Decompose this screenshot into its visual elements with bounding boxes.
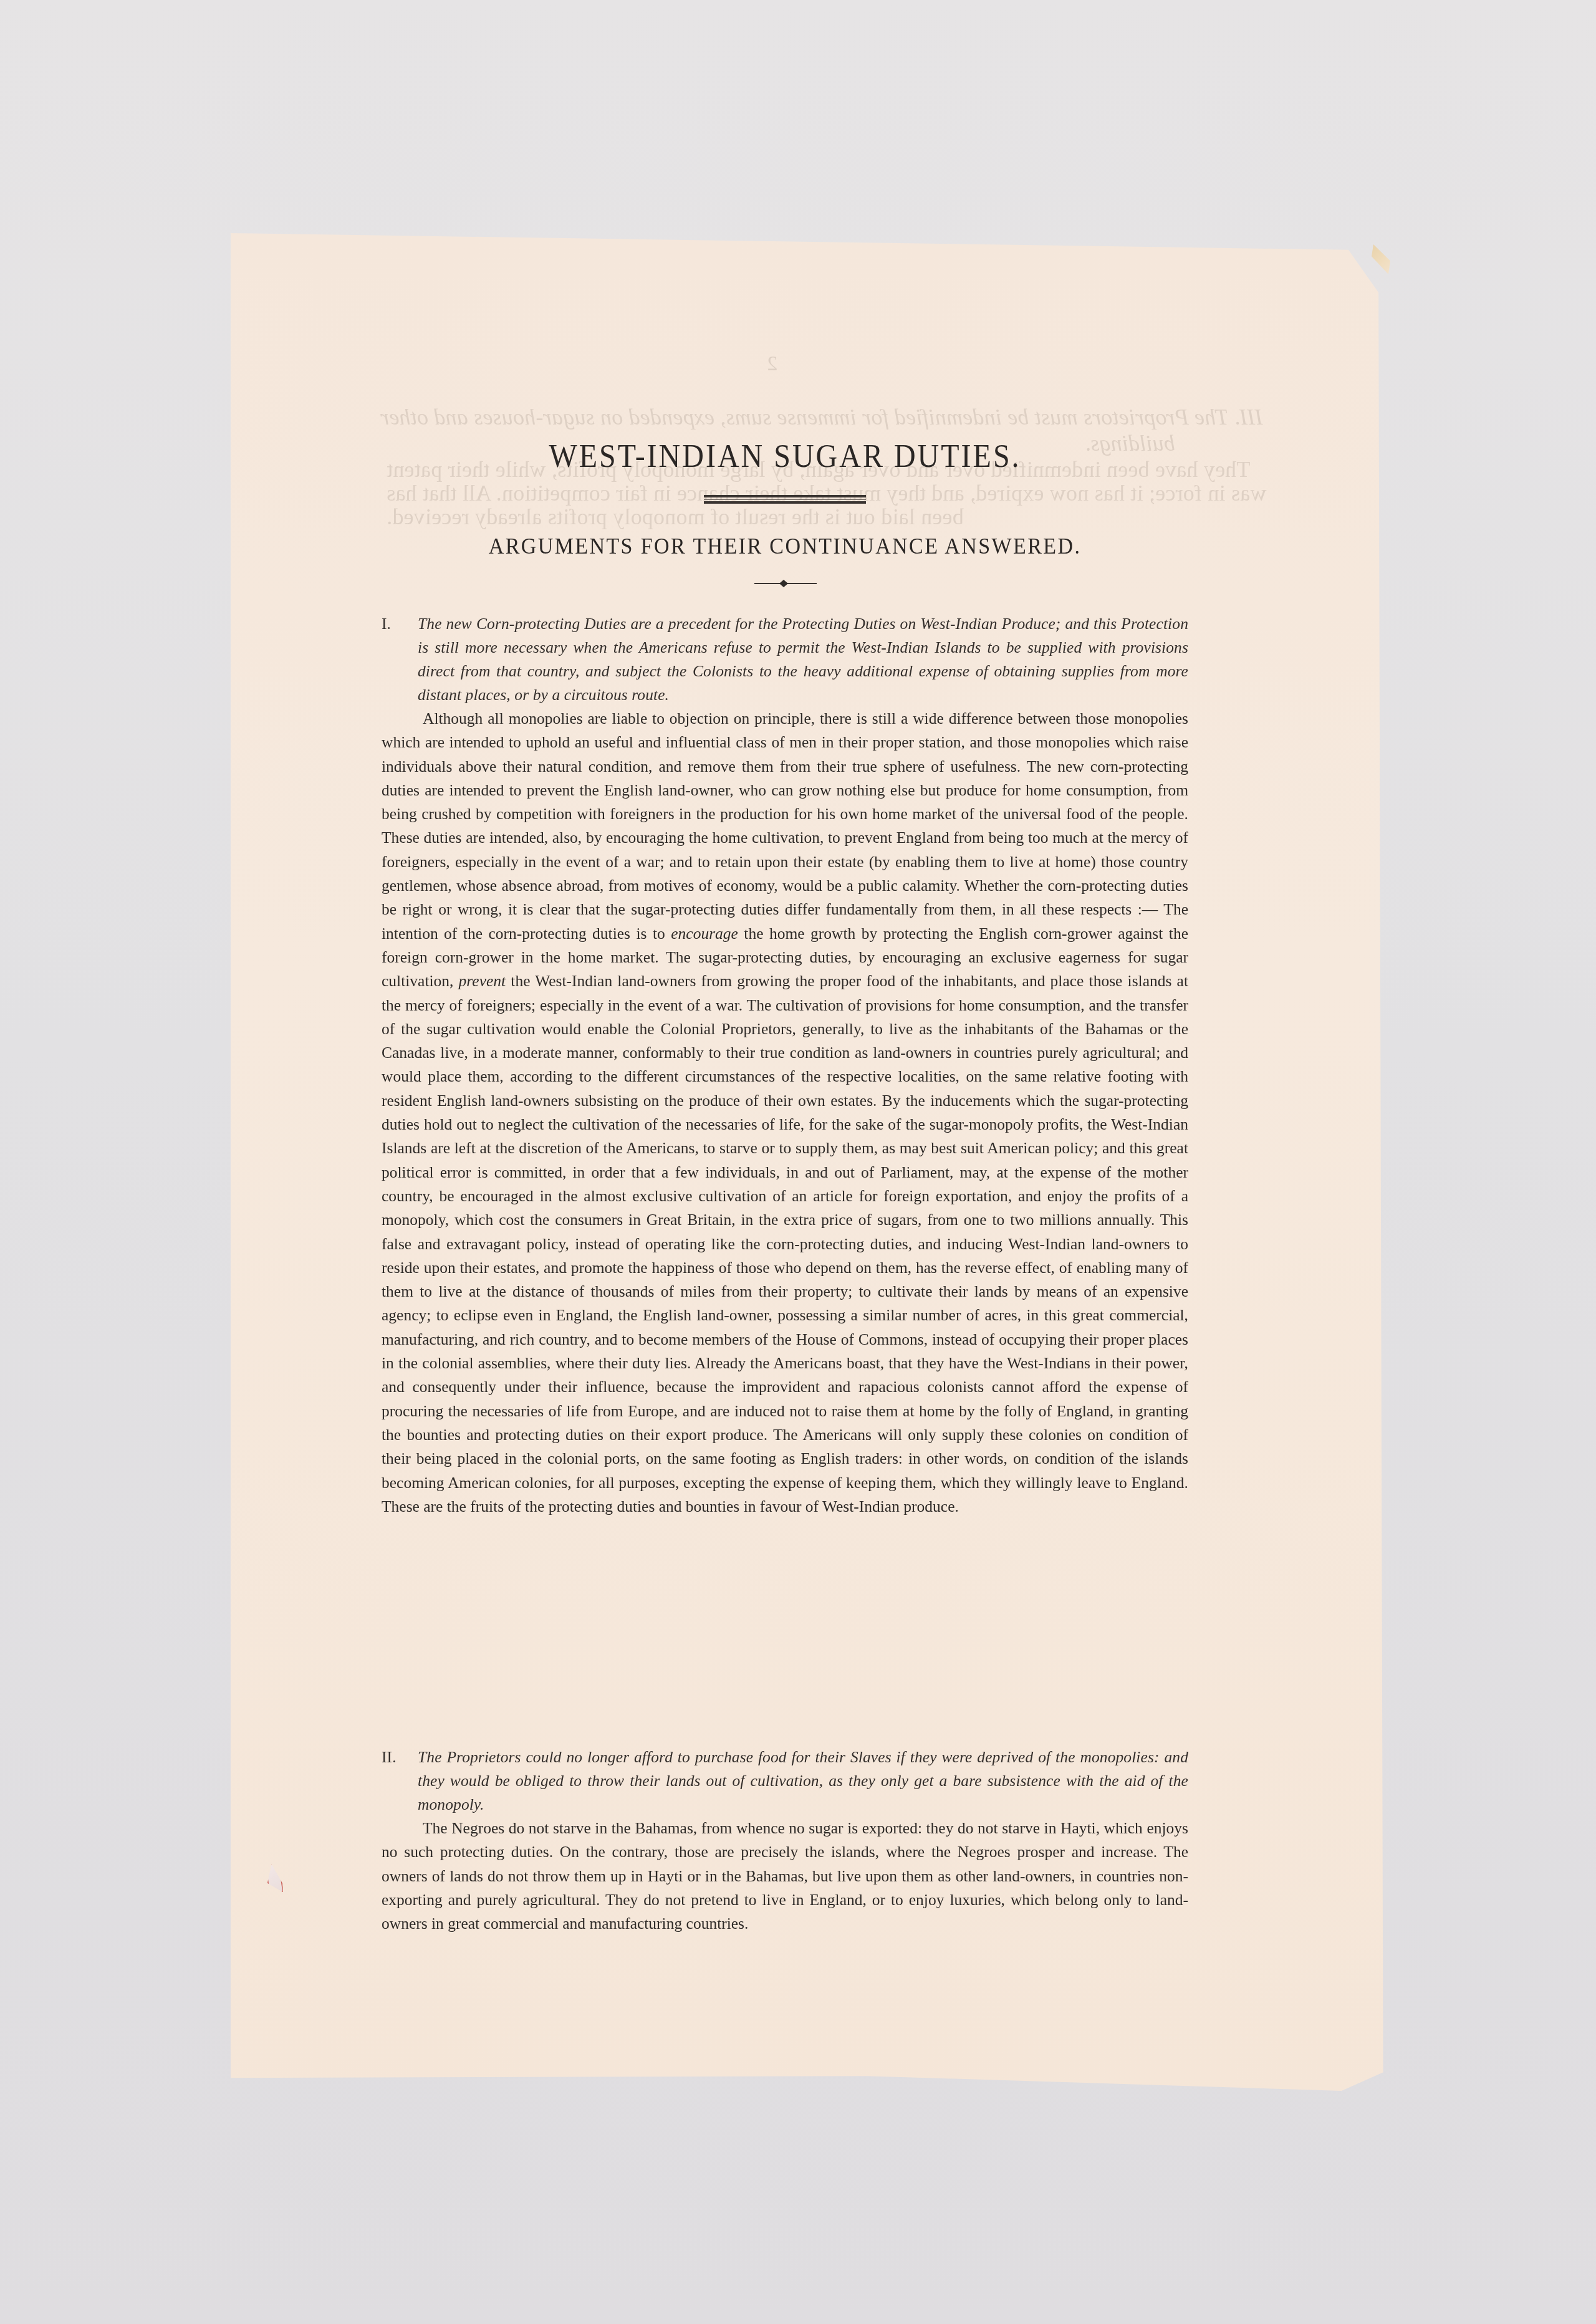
body-text: the West-Indian land-owners from growing… xyxy=(382,972,1188,1515)
section-2-numeral: II. xyxy=(382,1745,418,1769)
body-text: The Negroes do not starve in the Bahamas… xyxy=(382,1819,1188,1933)
document-title: WEST-INDIAN SUGAR DUTIES. xyxy=(382,437,1188,476)
bleedthrough-line: been laid out is the result of monopoly … xyxy=(387,504,964,530)
section-2-heading-text: The Proprietors could no longer afford t… xyxy=(418,1748,1188,1813)
body-text: Although all monopolies are liable to ob… xyxy=(382,709,1188,943)
section-2-body: The Negroes do not starve in the Bahamas… xyxy=(382,1817,1188,1936)
section-1: I.The new Corn-protecting Duties are a p… xyxy=(382,612,1188,1519)
document-subtitle: ARGUMENTS FOR THEIR CONTINUANCE ANSWERED… xyxy=(382,534,1188,559)
emphasis-text: prevent xyxy=(459,972,506,990)
bleedthrough-page-number: 2 xyxy=(767,352,777,376)
section-1-numeral: I. xyxy=(382,612,418,636)
dog-eared-corner xyxy=(1372,244,1390,274)
emphasis-text: encourage xyxy=(671,924,738,943)
section-1-body: Although all monopolies are liable to ob… xyxy=(382,707,1188,1519)
bleedthrough-line: III. The Proprietors must be indemnified… xyxy=(380,404,1262,430)
section-1-heading: I.The new Corn-protecting Duties are a p… xyxy=(382,612,1188,707)
title-double-rule xyxy=(704,495,866,504)
section-1-heading-text: The new Corn-protecting Duties are a pre… xyxy=(418,615,1188,704)
section-2-heading: II.The Proprietors could no longer affor… xyxy=(382,1745,1188,1817)
section-2: II.The Proprietors could no longer affor… xyxy=(382,1745,1188,1936)
diamond-ornament-icon xyxy=(754,580,817,587)
